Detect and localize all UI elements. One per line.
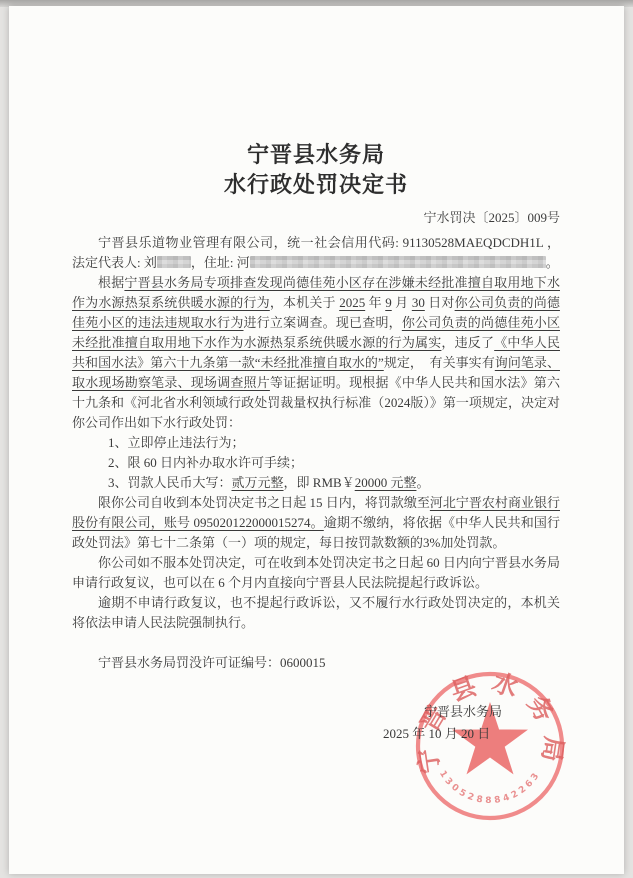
text-run: 。 xyxy=(416,475,429,490)
text-run: 限你公司自收到本处罚决定书之日起 15 日内，将罚款缴至 xyxy=(98,495,430,510)
title-agency: 宁晋县水务局 xyxy=(72,140,560,170)
document-content: 宁晋县水务局 水行政处罚决定书 宁水罚决〔2025〕009号 宁晋县乐道物业管理… xyxy=(72,6,560,673)
paragraph: 3、罚款人民币大写：贰万元整，即 RMB￥20000 元整。 xyxy=(72,473,560,493)
document-page: 宁晋县水务局 水行政处罚决定书 宁水罚决〔2025〕009号 宁晋县乐道物业管理… xyxy=(9,6,624,874)
paragraph: 2、限 60 日内补办取水许可手续； xyxy=(72,453,560,473)
doc-number: 宁水罚决〔2025〕009号 xyxy=(72,209,560,227)
paragraph: 限你公司自收到本处罚决定书之日起 15 日内，将罚款缴至河北宁晋农村商业银行股份… xyxy=(72,493,560,553)
text-run: ，即 RMB￥ xyxy=(284,475,355,490)
text-run: 逾期不申请行政复议，也不提起行政诉讼，又不履行水行政处罚决定的，本机关将依法申请… xyxy=(72,595,560,630)
underlined-text: 2025 xyxy=(339,295,365,310)
redaction-block xyxy=(157,256,191,268)
redaction-block xyxy=(250,256,546,268)
text-run: 进行立案调查。现已查明， xyxy=(244,315,402,330)
paragraph: 1、立即停止违法行为； xyxy=(72,433,560,453)
text-run: ，本机关于 xyxy=(270,295,339,310)
paragraph: 宁晋县乐道物业管理有限公司，统一社会信用代码: 91130528MAEQDCDH… xyxy=(72,233,560,273)
text-run: 根据 xyxy=(98,275,124,290)
title-doc-type: 水行政处罚决定书 xyxy=(72,170,560,200)
seal-code: 1305288842263 xyxy=(437,769,543,806)
text-run: 宁晋县水务局罚没许可证编号：0600015 xyxy=(98,655,326,670)
text-run: 1、立即停止违法行为； xyxy=(108,435,245,450)
text-run: 你公司如不服本处罚决定，可在收到本处罚决定书之日起 60 日内向宁晋县水务局申请… xyxy=(72,555,560,590)
official-seal: 宁晋县水务局 1305288842263 xyxy=(405,661,575,831)
paragraph: 逾期不申请行政复议，也不提起行政诉讼，又不履行水行政处罚决定的，本机关将依法申请… xyxy=(72,593,560,633)
signature-date: 2025 年 10 月 20 日 xyxy=(383,724,490,744)
underlined-text: 贰万元整 xyxy=(232,475,284,490)
text-run: 2、限 60 日内补办取水许可手续； xyxy=(108,455,303,470)
text-run: 规定， 有关事实有 xyxy=(384,355,495,370)
text-run: 月 xyxy=(392,295,412,310)
text-run: 3、罚款人民币大写： xyxy=(108,475,232,490)
official-seal-graphic: 宁晋县水务局 1305288842263 xyxy=(405,661,575,831)
signature-agency: 宁晋县水务局 xyxy=(424,702,502,722)
document-title: 宁晋县水务局 水行政处罚决定书 xyxy=(72,140,560,200)
underlined-text: 30 xyxy=(412,295,425,310)
text-run: ，违反了 xyxy=(441,335,494,350)
text-run: 。 xyxy=(546,255,559,270)
underlined-text: 20000 元整 xyxy=(355,475,417,490)
paragraph: 根据宁晋县水务局专项排查发现尚德佳苑小区存在涉嫌未经批准擅自取用地下水作为水源热… xyxy=(72,273,560,433)
text-run: ，住址: 河 xyxy=(191,255,250,270)
paragraph: 你公司如不服本处罚决定，可在收到本处罚决定书之日起 60 日内向宁晋县水务局申请… xyxy=(72,553,560,593)
document-body: 宁晋县乐道物业管理有限公司，统一社会信用代码: 91130528MAEQDCDH… xyxy=(72,233,560,673)
text-run: 日对 xyxy=(425,295,455,310)
text-run: 年 xyxy=(365,295,385,310)
